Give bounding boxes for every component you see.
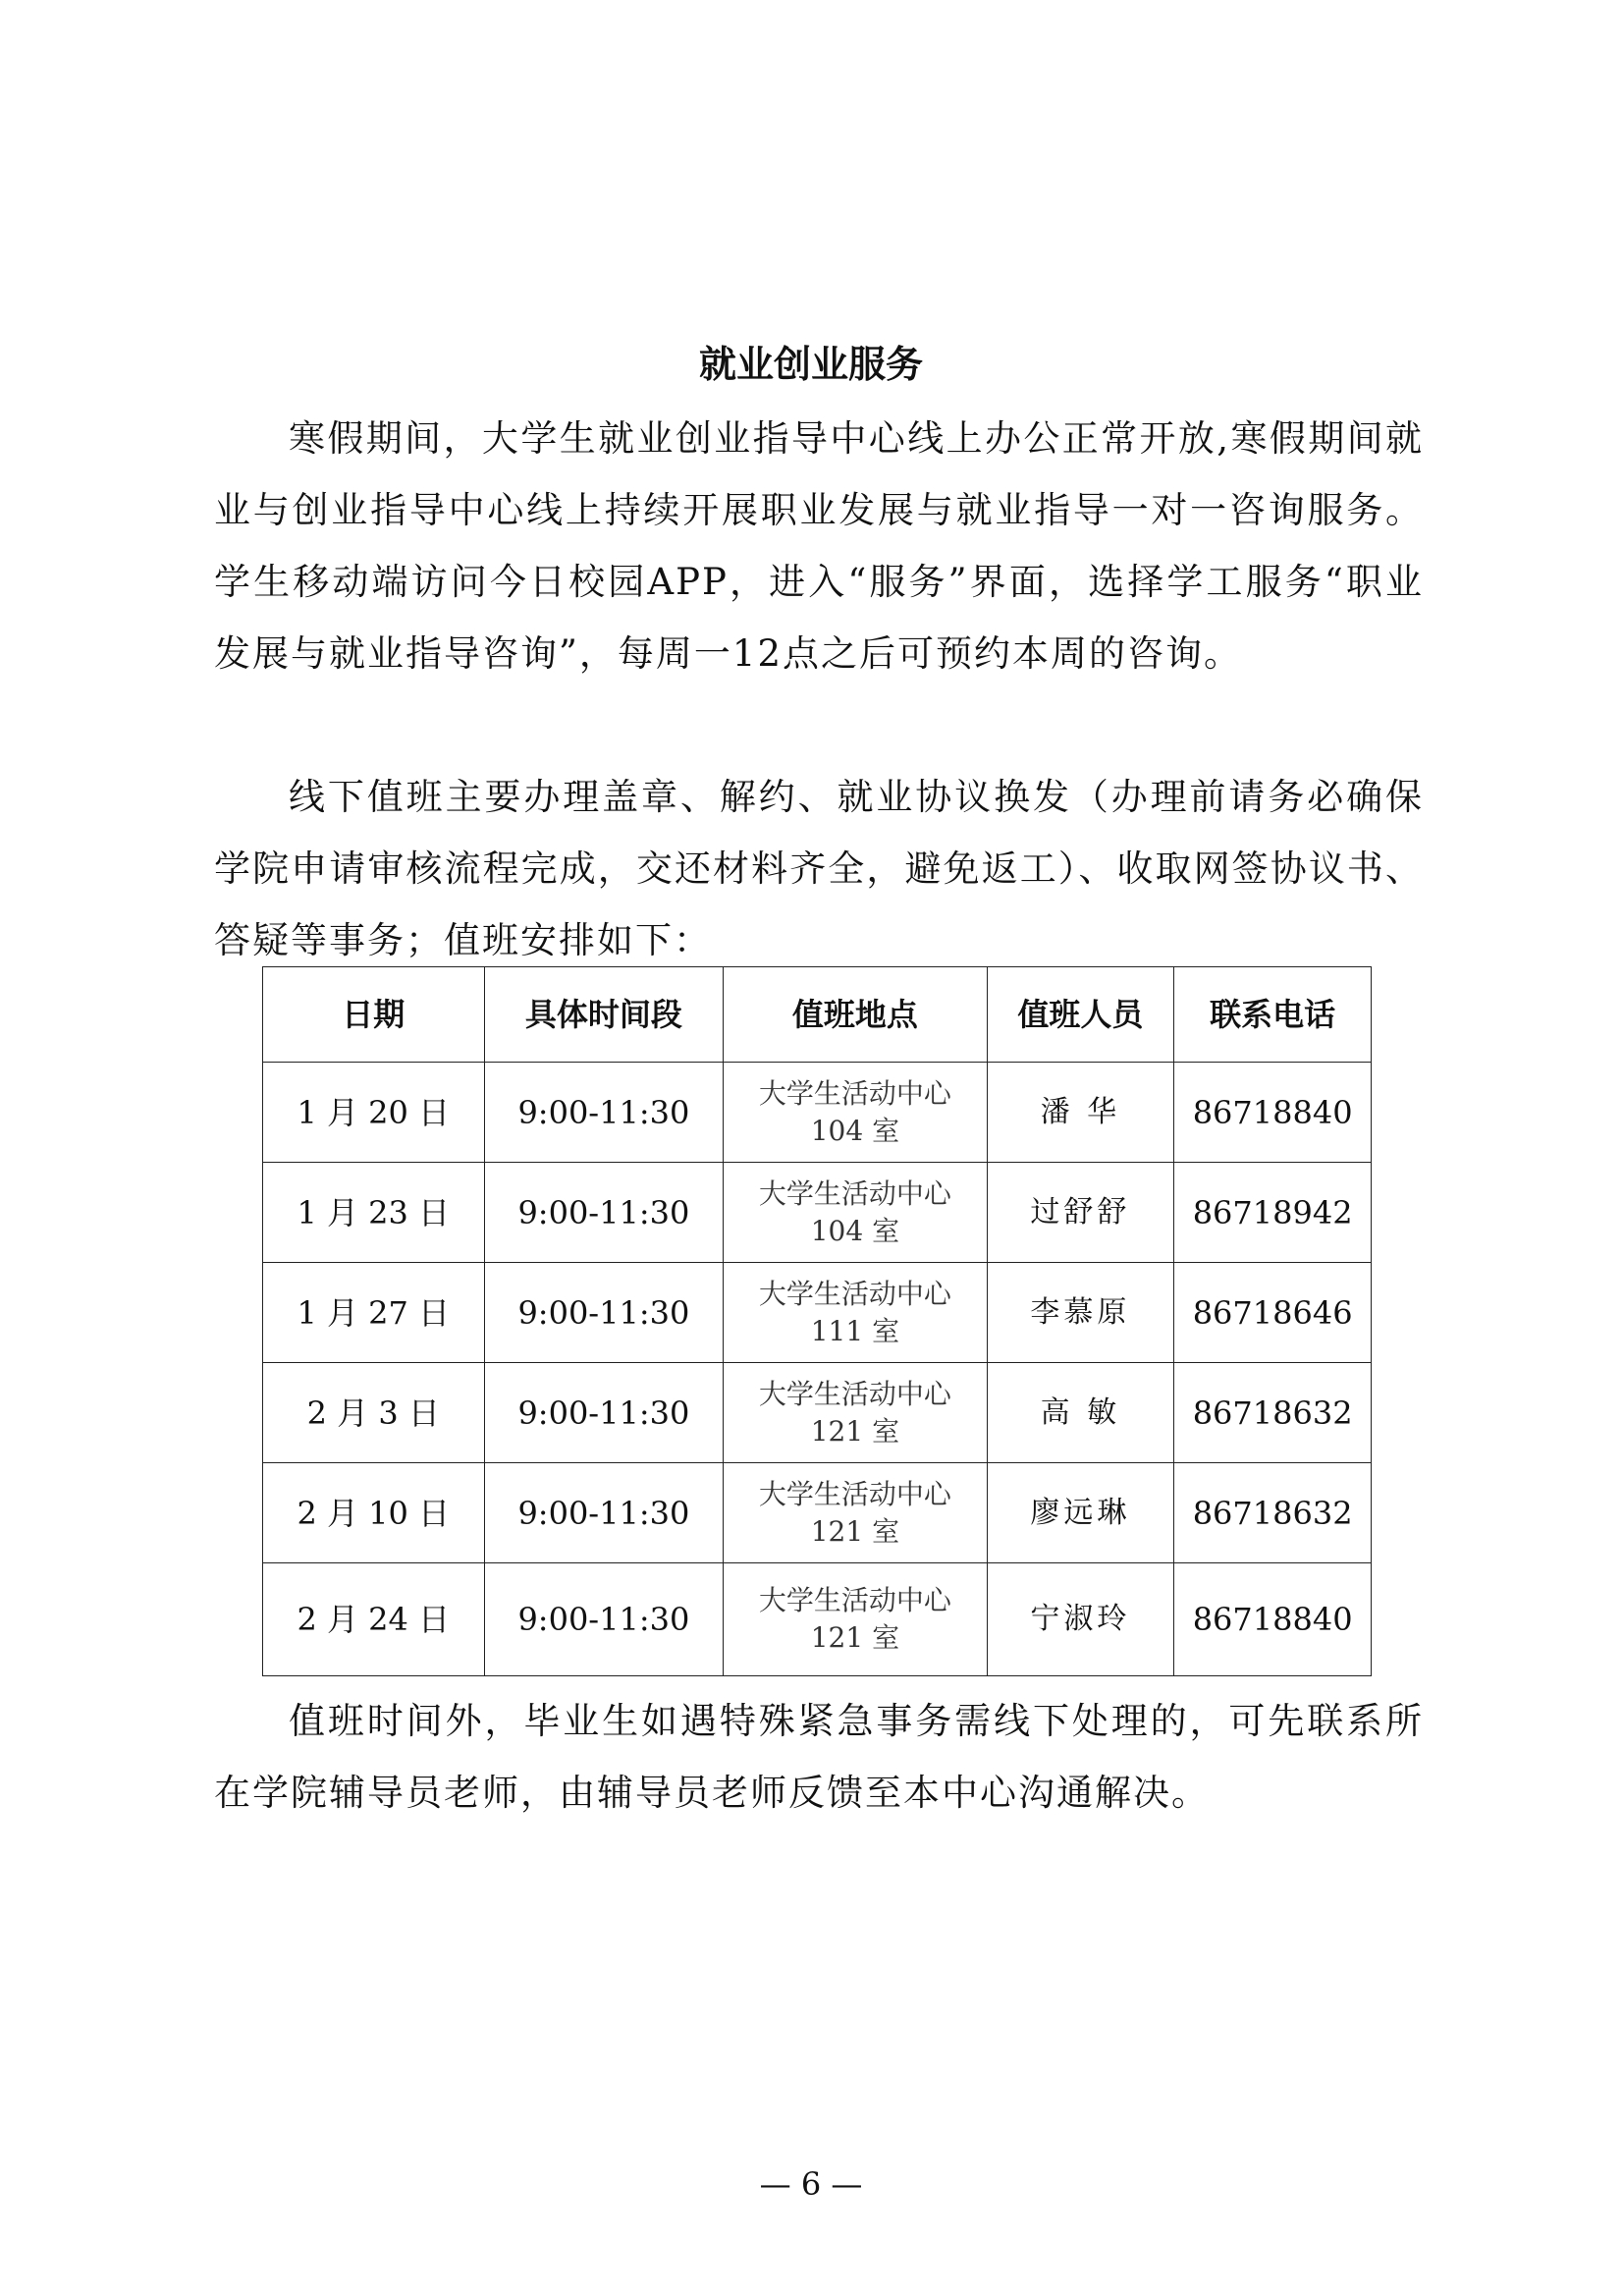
cell-location: 大学生活动中心121 室 <box>724 1463 987 1563</box>
table-row: 1 月 23 日9:00-11:30大学生活动中心104 室过舒舒8671894… <box>263 1163 1372 1263</box>
cell-date: 1 月 23 日 <box>263 1163 485 1263</box>
table-row: 2 月 24 日9:00-11:30大学生活动中心121 室宁淑玲8671884… <box>263 1563 1372 1676</box>
cell-person: 高 敏 <box>987 1363 1174 1463</box>
location-room: 121 室 <box>724 1513 986 1551</box>
header-phone: 联系电话 <box>1174 967 1372 1063</box>
cell-time: 9:00-11:30 <box>484 1363 724 1463</box>
cell-time: 9:00-11:30 <box>484 1463 724 1563</box>
location-room: 111 室 <box>724 1313 986 1350</box>
cell-location: 大学生活动中心121 室 <box>724 1363 987 1463</box>
cell-date: 2 月 10 日 <box>263 1463 485 1563</box>
location-room: 121 室 <box>724 1413 986 1450</box>
cell-person: 潘 华 <box>987 1063 1174 1163</box>
cell-phone: 86718942 <box>1174 1163 1372 1263</box>
header-location: 值班地点 <box>724 967 987 1063</box>
cell-person: 李慕原 <box>987 1263 1174 1363</box>
header-time: 具体时间段 <box>484 967 724 1063</box>
paragraph-emergency: 值班时间外，毕业生如遇特殊紧急事务需线下处理的，可先联系所在学院辅导员老师，由辅… <box>214 1685 1424 1829</box>
cell-person: 廖远琳 <box>987 1463 1174 1563</box>
cell-location: 大学生活动中心121 室 <box>724 1563 987 1676</box>
cell-person: 过舒舒 <box>987 1163 1174 1263</box>
cell-date: 2 月 3 日 <box>263 1363 485 1463</box>
cell-location: 大学生活动中心104 室 <box>724 1163 987 1263</box>
cell-location: 大学生活动中心104 室 <box>724 1063 987 1163</box>
cell-time: 9:00-11:30 <box>484 1563 724 1676</box>
location-building: 大学生活动中心 <box>724 1276 986 1313</box>
cell-phone: 86718632 <box>1174 1463 1372 1563</box>
location-room: 121 室 <box>724 1619 986 1657</box>
cell-phone: 86718840 <box>1174 1063 1372 1163</box>
duty-schedule-table: 日期 具体时间段 值班地点 值班人员 联系电话 1 月 20 日9:00-11:… <box>262 966 1372 1676</box>
cell-phone: 86718632 <box>1174 1363 1372 1463</box>
location-building: 大学生活动中心 <box>724 1075 986 1113</box>
cell-time: 9:00-11:30 <box>484 1163 724 1263</box>
cell-date: 1 月 20 日 <box>263 1063 485 1163</box>
cell-phone: 86718840 <box>1174 1563 1372 1676</box>
table-header-row: 日期 具体时间段 值班地点 值班人员 联系电话 <box>263 967 1372 1063</box>
paragraph-online-service: 寒假期间，大学生就业创业指导中心线上办公正常开放,寒假期间就业与创业指导中心线上… <box>214 403 1424 689</box>
cell-location: 大学生活动中心111 室 <box>724 1263 987 1363</box>
paragraph-offline-duty: 线下值班主要办理盖章、解约、就业协议换发（办理前请务必确保学院申请审核流程完成，… <box>214 761 1424 976</box>
table-row: 2 月 3 日9:00-11:30大学生活动中心121 室高 敏86718632 <box>263 1363 1372 1463</box>
location-building: 大学生活动中心 <box>724 1175 986 1213</box>
location-building: 大学生活动中心 <box>724 1582 986 1619</box>
cell-date: 2 月 24 日 <box>263 1563 485 1676</box>
location-building: 大学生活动中心 <box>724 1476 986 1513</box>
location-room: 104 室 <box>724 1113 986 1150</box>
location-building: 大学生活动中心 <box>724 1376 986 1413</box>
table-row: 1 月 20 日9:00-11:30大学生活动中心104 室潘 华8671884… <box>263 1063 1372 1163</box>
page-number: — 6 — <box>0 2165 1622 2203</box>
cell-person: 宁淑玲 <box>987 1563 1174 1676</box>
location-room: 104 室 <box>724 1213 986 1250</box>
cell-date: 1 月 27 日 <box>263 1263 485 1363</box>
table-row: 2 月 10 日9:00-11:30大学生活动中心121 室廖远琳8671863… <box>263 1463 1372 1563</box>
page-title: 就业创业服务 <box>0 334 1622 388</box>
cell-phone: 86718646 <box>1174 1263 1372 1363</box>
cell-time: 9:00-11:30 <box>484 1063 724 1163</box>
header-date: 日期 <box>263 967 485 1063</box>
header-person: 值班人员 <box>987 967 1174 1063</box>
cell-time: 9:00-11:30 <box>484 1263 724 1363</box>
table-row: 1 月 27 日9:00-11:30大学生活动中心111 室李慕原8671864… <box>263 1263 1372 1363</box>
